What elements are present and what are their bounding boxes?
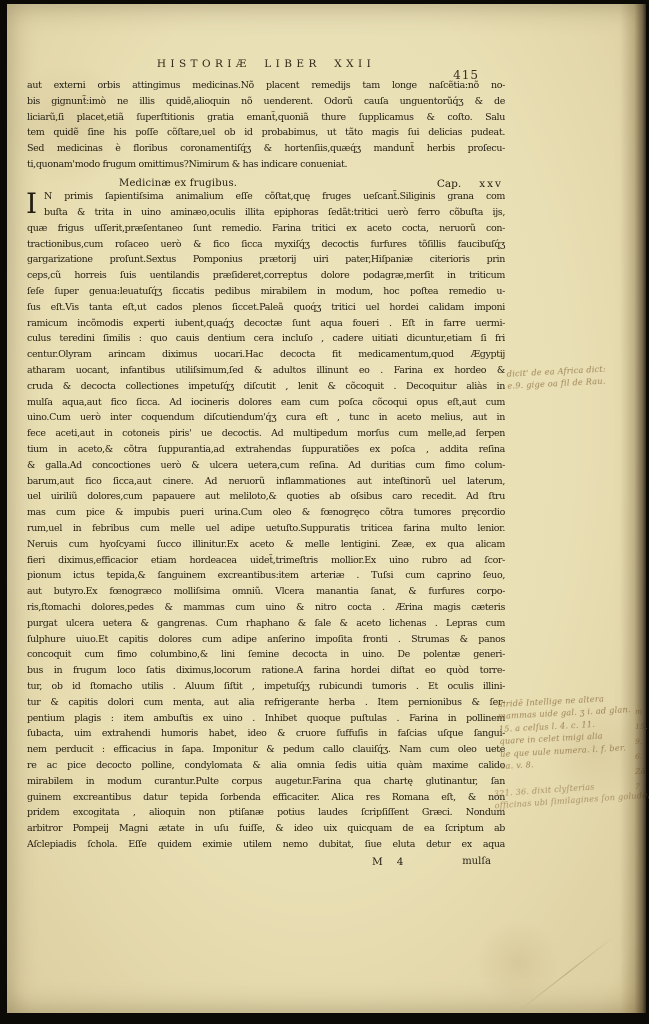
text-line: 20 cruda & decocta collectiones impetuſq… — [27, 379, 505, 395]
text-line-content: guinem excreantibus datur tepida ſorbend… — [27, 790, 505, 806]
text-line-content: ſus eſt.Vis tanta eſt,ut cados plenos ſi… — [27, 300, 505, 316]
text-line-content: uino.Cum uerò inter coquendum diſcutiend… — [27, 410, 505, 426]
text-line-content: ſeſe ſuper genua:leuatuſq́ʒ ſiccatis ped… — [27, 284, 505, 300]
text-line: 30 Neruis cum hyoſcyami ſucco illinitur.… — [27, 537, 505, 553]
text-line: uino.Cum uerò inter coquendum diſcutiend… — [27, 410, 505, 426]
text-line: ſulphure uiuo.Et capitis dolores cum adi… — [27, 632, 505, 648]
text-line-content: barum,aut fico ſicca,aut cinere. Ad neru… — [27, 474, 505, 490]
text-line: bis gignunt̃:imò ne illis quidẽ,alioquin… — [27, 94, 505, 110]
text-line-content: bus in frugum loco ſatis diximus,locorum… — [27, 663, 505, 679]
text-line-content: fece aceti,aut in cotoneis piris' ue dec… — [27, 426, 505, 442]
text-line: atharam uocant, infantibus utiliſsimum,ſ… — [27, 363, 505, 379]
text-line: buſta & trita in uino aminæo,oculis illi… — [27, 205, 505, 221]
text-line: liciarũ,ſi placet,etiã ſuperſtitionis gr… — [27, 110, 505, 126]
text-line-content: Aſclepiadis ſchola. Eſſe quidem eximie u… — [27, 837, 505, 853]
text-line-content: ti,quonam'modo frugum omittimus?Nimirum … — [27, 157, 505, 173]
text-line: barum,aut fico ſicca,aut cinere. Ad neru… — [27, 474, 505, 490]
text-block: aut externi orbis attingimus medicinas.N… — [27, 78, 505, 874]
text-line-content: rum,uel in febribus cum melle uel adipe … — [27, 521, 505, 537]
text-line-content: tractionibus,cum roſaceo uerò & fico ſic… — [27, 237, 505, 253]
text-line-content: quæ frigus uſſerit,præſentaneo ſunt reme… — [27, 221, 505, 237]
text-line-content: Sed medicinas è floribus coronamentiſq́ʒ… — [27, 141, 505, 157]
text-line: ti,quonam'modo frugum omittimus?Nimirum … — [27, 157, 505, 173]
text-line: culus teredini ſimilis : quo cauis denti… — [27, 331, 505, 347]
text-line-content: gargarizatione proſunt.Sextus Pomponius … — [27, 252, 505, 268]
paragraph-2-lines: N primis ſapientiſsima animalium eſſe cõ… — [27, 189, 505, 852]
text-line-content: mulſa aqua,aut fico ſicca. Ad iocineris … — [27, 395, 505, 411]
text-line: mirabilem in modum curantur.Pulte corpus… — [27, 774, 505, 790]
text-line-content: pridem excogitata , alioquin non ptiſanæ… — [27, 805, 505, 821]
running-title: HISTORIÆ LIBER XXII — [157, 58, 375, 70]
text-line: purgat ulcera uetera & gangrenas. Cum rh… — [27, 616, 505, 632]
text-line-content: tur & capitis dolori cum menta, aut alia… — [27, 695, 505, 711]
text-line-content: tem quidẽ ſine his poſſe cõſtare,uel ob … — [27, 125, 505, 141]
text-line: mas cum pice & impubis pueri urina.Cum o… — [27, 505, 505, 521]
page-footer: M4 mulſa — [27, 856, 505, 874]
text-line-content: ris,ſtomachi dolores,pedes & mammas cum … — [27, 600, 505, 616]
text-line-content: purgat ulcera uetera & gangrenas. Cum rh… — [27, 616, 505, 632]
text-line: concoquit cum fimo columbino,& lini ſemi… — [27, 647, 505, 663]
text-line: nem perducit : efficacius in ſapa. Impon… — [27, 742, 505, 758]
text-line: N primis ſapientiſsima animalium eſſe cõ… — [27, 189, 505, 205]
text-line: ris,ſtomachi dolores,pedes & mammas cum … — [27, 600, 505, 616]
text-line-content: ſubacta, uim extrahendi humoris habet, i… — [27, 726, 505, 742]
text-line-content: ramicum incõmodis experti iubent,quaq́ʒ … — [27, 316, 505, 332]
text-line: tium in aceto,& cõtra ſuppurantia,ad ext… — [27, 442, 505, 458]
text-line-content: tur, ob id ſtomacho utilis . Aluum ſiſti… — [27, 679, 505, 695]
cap-label: Cap. — [437, 178, 461, 190]
text-line: centur.Olyram arincam diximus uocari.Hac… — [27, 347, 505, 363]
text-line: guinem excreantibus datur tepida ſorbend… — [27, 790, 505, 806]
text-line-content: aut externi orbis attingimus medicinas.N… — [27, 78, 505, 94]
text-line-content: & galla.Ad concoctiones uerò & ulcera ue… — [27, 458, 505, 474]
page-header: HISTORIÆ LIBER XXII 415 — [27, 52, 505, 71]
text-line: mulſa aqua,aut fico ſicca. Ad iocineris … — [27, 395, 505, 411]
text-line-content: arbitror Pompeij Magni ætate in uſu fuiſ… — [27, 821, 505, 837]
text-line-content: nem perducit : efficacius in ſapa. Impon… — [27, 742, 505, 758]
text-line-content: atharam uocant, infantibus utiliſsimum,ſ… — [27, 363, 505, 379]
text-line: uel uiriliũ dolores,cum papauere aut mel… — [27, 489, 505, 505]
text-line: ramicum incõmodis experti iubent,quaq́ʒ … — [27, 316, 505, 332]
text-line: aut externi orbis attingimus medicinas.N… — [27, 78, 505, 94]
text-line-content: Neruis cum hyoſcyami ſucco illinitur.Ex … — [27, 537, 505, 553]
text-line-content: culus teredini ſimilis : quo cauis denti… — [27, 331, 505, 347]
paragraph-1: aut externi orbis attingimus medicinas.N… — [27, 78, 505, 173]
text-line-content: bis gignunt̃:imò ne illis quidẽ,alioquin… — [27, 94, 505, 110]
text-line: Sed medicinas è floribus coronamentiſq́ʒ… — [27, 141, 505, 157]
text-line: 40 tur & capitis dolori cum menta, aut a… — [27, 695, 505, 711]
text-line: pentium plagis : item ambuſtis ex uino .… — [27, 711, 505, 727]
text-line: pionum ictus tepida,& ſanguinem excreant… — [27, 568, 505, 584]
cap-roman-numeral: xxv — [479, 178, 503, 190]
text-line-content: aut butyro.Ex fœnogræco molliſsima omniũ… — [27, 584, 505, 600]
text-line: 10 quæ frigus uſſerit,præſentaneo ſunt r… — [27, 221, 505, 237]
text-line: tem quidẽ ſine his poſſe cõſtare,uel ob … — [27, 125, 505, 141]
text-line: ſus eſt.Vis tanta eſt,ut cados plenos ſi… — [27, 300, 505, 316]
text-line-content: liciarũ,ſi placet,etiã ſuperſtitionis gr… — [27, 110, 505, 126]
chapter-heading: Medicinæ ex frugibus. Cap.xxv — [27, 173, 505, 190]
chapter-title: Medicinæ ex frugibus. — [119, 178, 237, 189]
text-line: aut butyro.Ex fœnogræco molliſsima omniũ… — [27, 584, 505, 600]
text-line-content: buſta & trita in uino aminæo,oculis illi… — [27, 205, 505, 221]
text-line: gargarizatione proſunt.Sextus Pomponius … — [27, 252, 505, 268]
text-line-content: centur.Olyram arincam diximus uocari.Hac… — [27, 347, 505, 363]
text-line-content: pentium plagis : item ambuſtis ex uino .… — [27, 711, 505, 727]
text-line: tractionibus,cum roſaceo uerò & fico ſic… — [27, 237, 505, 253]
text-line: re ac pice decocto polline, condylomata … — [27, 758, 505, 774]
text-line: tur, ob id ſtomacho utilis . Aluum ſiſti… — [27, 679, 505, 695]
text-line-content: cruda & decocta collectiones impetuſq́ʒ … — [27, 379, 505, 395]
text-line: Aſclepiadis ſchola. Eſſe quidem eximie u… — [27, 837, 505, 853]
text-line-content: ſulphure uiuo.Et capitis dolores cum adi… — [27, 632, 505, 648]
text-line: ſeſe ſuper genua:leuatuſq́ʒ ſiccatis ped… — [27, 284, 505, 300]
text-line: fece aceti,aut in cotoneis piris' ue dec… — [27, 426, 505, 442]
text-line: pridem excogitata , alioquin non ptiſanæ… — [27, 805, 505, 821]
text-line: arbitror Pompeij Magni ætate in uſu fuiſ… — [27, 821, 505, 837]
scanned-page: HISTORIÆ LIBER XXII 415 aut externi orbi… — [7, 4, 646, 1013]
signature-mark: M4 — [372, 856, 403, 868]
paper-crease — [520, 935, 615, 1010]
text-line-content: N primis ſapientiſsima animalium eſſe cõ… — [27, 189, 505, 205]
signature-number: 4 — [397, 856, 404, 868]
signature-letter: M — [372, 856, 383, 868]
text-line: ſubacta, uim extrahendi humoris habet, i… — [27, 726, 505, 742]
text-line-content: ceps,cũ horreis ſuis uentilandis præſide… — [27, 268, 505, 284]
text-line: ceps,cũ horreis ſuis uentilandis præſide… — [27, 268, 505, 284]
text-line-content: pionum ictus tepida,& ſanguinem excreant… — [27, 568, 505, 584]
text-line-content: mirabilem in modum curantur.Pulte corpus… — [27, 774, 505, 790]
text-line: bus in frugum loco ſatis diximus,locorum… — [27, 663, 505, 679]
text-line: rum,uel in febribus cum melle uel adipe … — [27, 521, 505, 537]
text-line-content: tium in aceto,& cõtra ſuppurantia,ad ext… — [27, 442, 505, 458]
text-line-content: uel uiriliũ dolores,cum papauere aut mel… — [27, 489, 505, 505]
text-line-content: fieri diximus,efficacior etiam hordeacea… — [27, 553, 505, 569]
text-line: fieri diximus,efficacior etiam hordeacea… — [27, 553, 505, 569]
catchword: mulſa — [462, 856, 491, 867]
text-line-content: re ac pice decocto polline, condylomata … — [27, 758, 505, 774]
text-line-content: concoquit cum fimo columbino,& lini ſemi… — [27, 647, 505, 663]
paragraph-2: I N primis ſapientiſsima animalium eſſe … — [27, 189, 505, 852]
page-edge-shadow — [620, 4, 646, 1013]
text-line: & galla.Ad concoctiones uerò & ulcera ue… — [27, 458, 505, 474]
text-line-content: mas cum pice & impubis pueri urina.Cum o… — [27, 505, 505, 521]
